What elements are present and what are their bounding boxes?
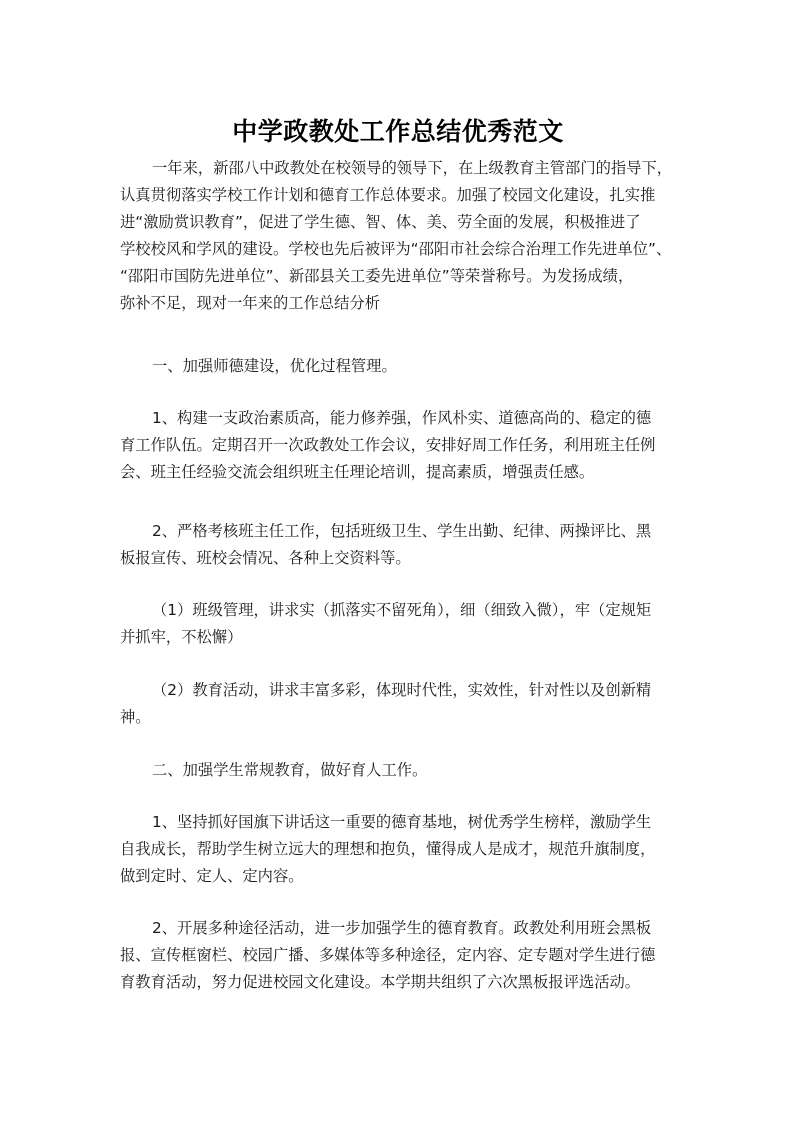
section-heading-2: 二、加强学生常规教育，做好育人工作。 [120, 757, 676, 784]
text-line: 学校校风和学风的建设。学校也先后被评为“邵阳市社会综合治理工作先进单位”、 [120, 236, 676, 263]
intro-paragraph: 一年来，新邵八中政教处在校领导的领导下，在上级教育主管部门的指导下， 认真贯彻落… [120, 155, 676, 317]
text-line: （1）班级管理，讲求实（抓落实不留死角），细（细致入微），牢（定规矩 [120, 597, 676, 624]
text-line: 育教育活动，努力促进校园文化建设。本学期共组织了六次黑板报评选活动。 [120, 969, 676, 996]
section-1-item-2: 2、严格考核班主任工作，包括班级卫生、学生出勤、纪律、两操评比、黑 板报宣传、班… [120, 518, 676, 572]
text-line: 报、宣传框窗栏、校园广播、多媒体等多种途径，定内容、定专题对学生进行德 [120, 942, 676, 969]
section-1-item-1: 1、构建一支政治素质高，能力修养强，作风朴实、道德高尚的、稳定的德 育工作队伍。… [120, 405, 676, 486]
text-line: 一、加强师德建设，优化过程管理。 [120, 353, 676, 380]
text-line: 2、开展多种途径活动，进一步加强学生的德育教育。政教处利用班会黑板 [120, 915, 676, 942]
section-heading-1: 一、加强师德建设，优化过程管理。 [120, 353, 676, 380]
text-line: 神。 [120, 704, 676, 731]
section-1-subitem-2: （2）教育活动，讲求丰富多彩，体现时代性，实效性，针对性以及创新精 神。 [120, 677, 676, 731]
text-line: 2、严格考核班主任工作，包括班级卫生、学生出勤、纪律、两操评比、黑 [120, 518, 676, 545]
text-line: 二、加强学生常规教育，做好育人工作。 [120, 757, 676, 784]
text-line: 认真贯彻落实学校工作计划和德育工作总体要求。加强了校园文化建设，扎实推 [120, 182, 676, 209]
text-line: 1、坚持抓好国旗下讲话这一重要的德育基地，树优秀学生榜样，激励学生 [120, 809, 676, 836]
section-2-item-2: 2、开展多种途径活动，进一步加强学生的德育教育。政教处利用班会黑板 报、宣传框窗… [120, 915, 676, 996]
text-line: 板报宣传、班校会情况、各种上交资料等。 [120, 545, 676, 572]
section-2-item-1: 1、坚持抓好国旗下讲话这一重要的德育基地，树优秀学生榜样，激励学生 自我成长，帮… [120, 809, 676, 890]
text-line: 育工作队伍。定期召开一次政教处工作会议，安排好周工作任务，利用班主任例 [120, 432, 676, 459]
text-line: “邵阳市国防先进单位”、新邵县关工委先进单位”等荣誉称号。为发扬成绩， [120, 263, 676, 290]
text-line: 并抓牢，不松懈） [120, 624, 676, 651]
text-line: 1、构建一支政治素质高，能力修养强，作风朴实、道德高尚的、稳定的德 [120, 405, 676, 432]
text-line: 会、班主任经验交流会组织班主任理论培训，提高素质，增强责任感。 [120, 459, 676, 486]
text-line: 一年来，新邵八中政教处在校领导的领导下，在上级教育主管部门的指导下， [120, 155, 676, 182]
text-line: 自我成长，帮助学生树立远大的理想和抱负，懂得成人是成才，规范升旗制度， [120, 836, 676, 863]
text-line: （2）教育活动，讲求丰富多彩，体现时代性，实效性，针对性以及创新精 [120, 677, 676, 704]
text-line: 弥补不足，现对一年来的工作总结分析 [120, 290, 676, 317]
text-line: 进“激励赏识教育”，促进了学生德、智、体、美、劳全面的发展，积极推进了 [120, 209, 676, 236]
document-title: 中学政教处工作总结优秀范文 [120, 112, 676, 148]
text-line: 做到定时、定人、定内容。 [120, 863, 676, 890]
section-1-subitem-1: （1）班级管理，讲求实（抓落实不留死角），细（细致入微），牢（定规矩 并抓牢，不… [120, 597, 676, 651]
